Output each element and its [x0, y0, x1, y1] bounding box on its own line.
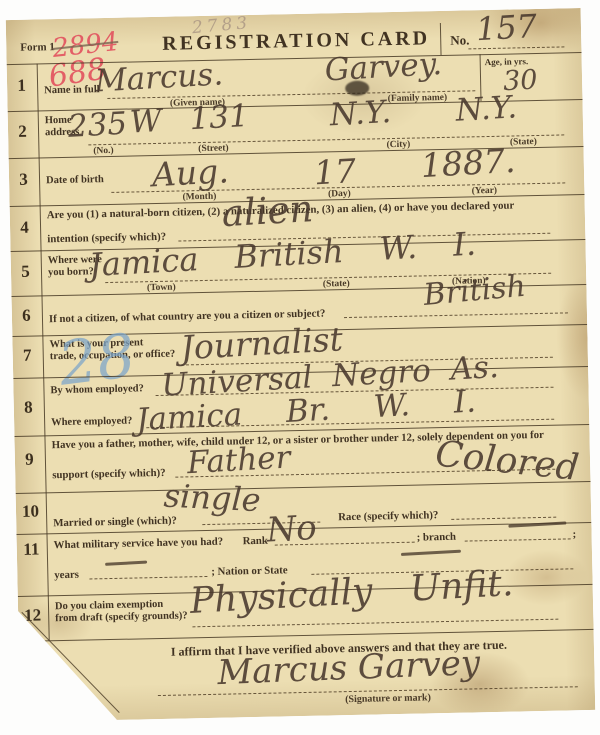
date-of-birth-label: Date of birth [46, 174, 104, 188]
race-answer-line [451, 517, 556, 520]
row-number-4: 4 [10, 217, 39, 238]
dependents-answer: Father [186, 442, 291, 479]
row-number-2: 2 [8, 121, 37, 142]
branch-label: ; branch [417, 531, 457, 545]
row-number-1: 1 [7, 75, 36, 96]
branch-semicolon: ; [572, 528, 576, 541]
birth-month-value: Aug. [151, 154, 229, 191]
marital-answer: single [163, 480, 261, 517]
citizenship-answer: alien [221, 190, 314, 232]
years-ditto-mark [105, 561, 147, 566]
military-answer: No [266, 511, 318, 548]
row-number-7: 7 [13, 345, 42, 366]
marital-status-label: Married or single (which)? [53, 515, 177, 530]
rank-label: Rank [243, 535, 268, 548]
years-label: years [54, 569, 79, 582]
address-city-value: N.Y. [329, 97, 392, 131]
row-number-3: 3 [9, 169, 38, 190]
branch-ditto-mark [508, 521, 566, 527]
dependents-question-line2: support (specify which)? [52, 467, 166, 482]
birthplace-label-2: you born? [48, 266, 94, 279]
exemption-answer-line [192, 619, 558, 628]
race-label: Race (specify which)? [338, 509, 438, 524]
years-answer-line [89, 576, 207, 579]
subject-answer-line [344, 312, 568, 318]
no-label: No. [450, 32, 469, 48]
row-number-9: 9 [15, 449, 44, 470]
registration-number-value: 157 [475, 10, 538, 45]
rule [16, 481, 591, 494]
subject-answer: British [422, 272, 527, 311]
exemption-label-2: from draft (specify grounds)? [55, 610, 188, 625]
birth-year-value: 1887. [420, 144, 516, 182]
nation-ditto-mark [401, 550, 461, 556]
row-number-11: 11 [17, 539, 46, 560]
signature-sublabel: (Signature or mark) [288, 691, 488, 706]
employment-place-label: Where employed? [51, 416, 132, 430]
row-number-10: 10 [16, 501, 45, 522]
address-state-value: N.Y. [455, 92, 518, 126]
registration-card: 2783 Form 1 2894 688 REGISTRATION CARD N… [6, 8, 596, 722]
employer-label: By whom employed? [50, 383, 144, 397]
given-name-value: Marcus. [94, 59, 224, 97]
signature-value: Marcus Garvey [217, 646, 481, 690]
name-label: Name in full [44, 84, 100, 98]
address-no-value: 235 [67, 109, 128, 143]
form-number-label: Form 1 [20, 41, 55, 55]
corner-cut-border [21, 612, 119, 713]
race-answer: Colored [434, 437, 581, 487]
military-question: What military service have you had? [54, 536, 224, 552]
address-street-value: W 131 [129, 101, 249, 139]
family-name-value: Garvey. [324, 49, 443, 86]
branch-answer-line [465, 538, 571, 541]
row-number-8: 8 [14, 397, 43, 418]
row-number-6: 6 [12, 305, 41, 326]
row-number-5: 5 [11, 261, 40, 282]
birth-day-value: 17 [313, 154, 357, 189]
